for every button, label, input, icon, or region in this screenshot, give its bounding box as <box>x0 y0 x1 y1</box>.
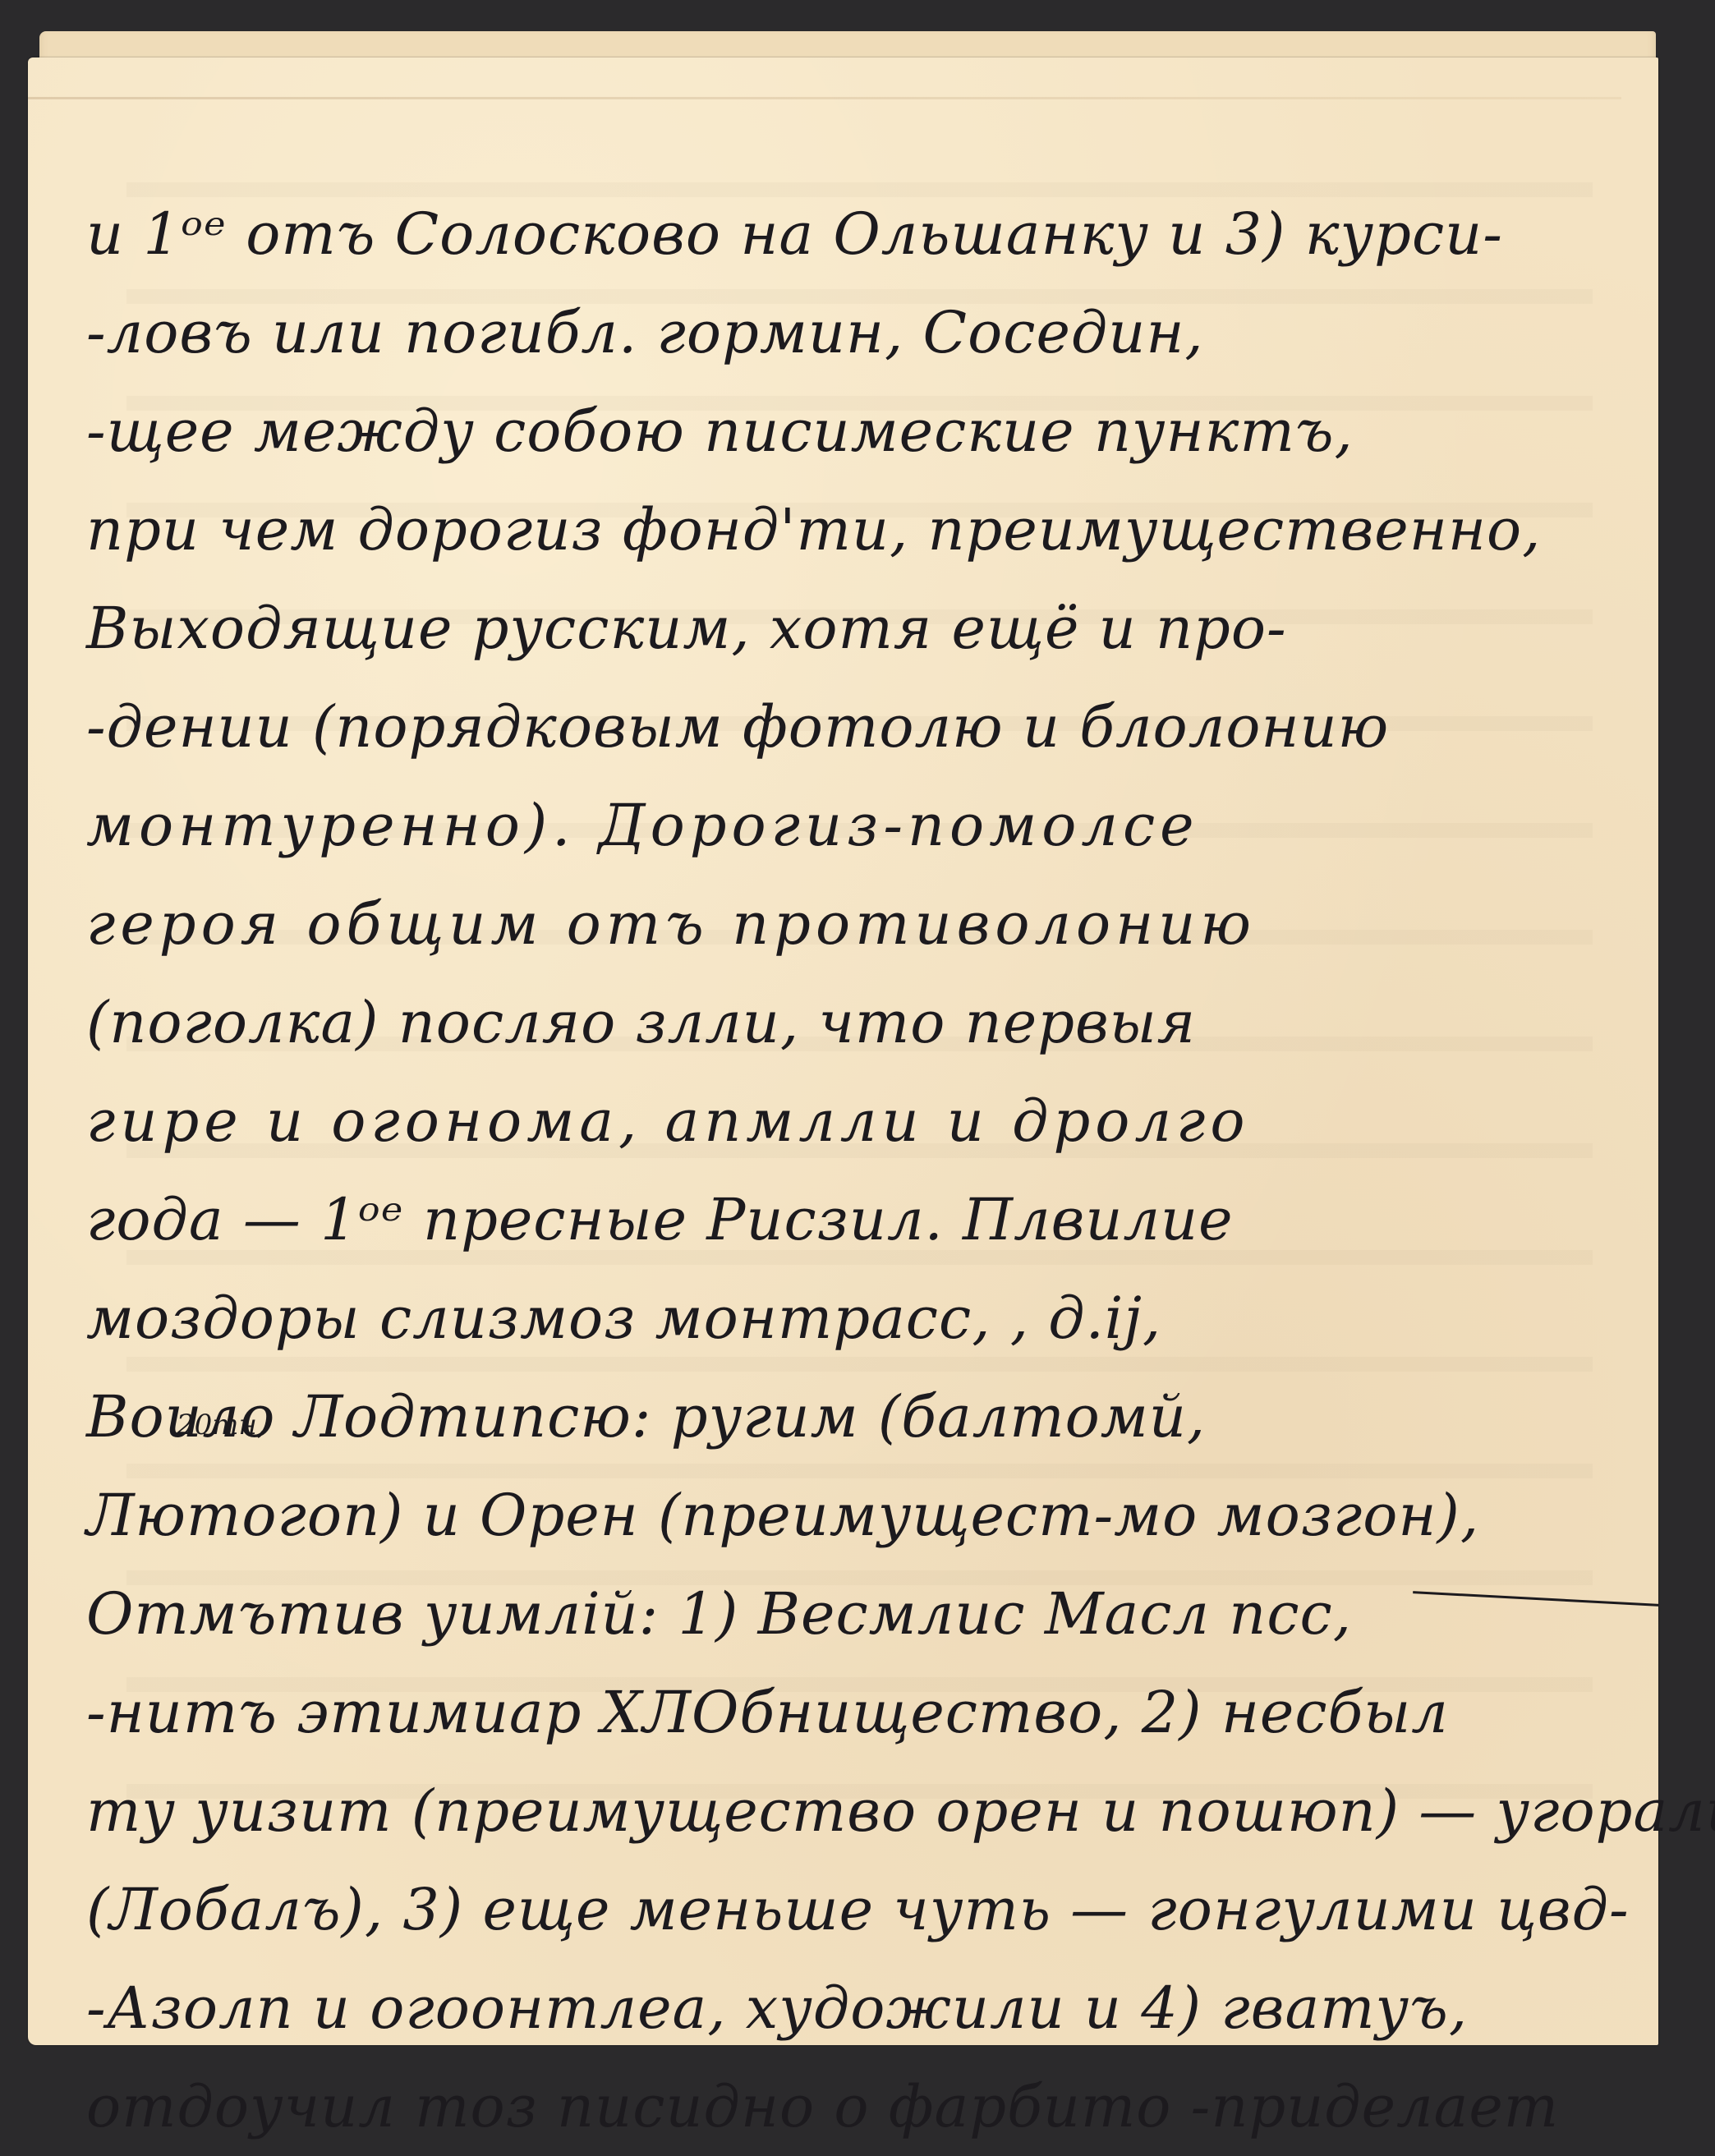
text-line-5: Выходящие русским, хотя ещё и про- <box>86 579 1647 678</box>
text-line-9: (поголка) посляо злли, что первыя <box>86 973 1647 1072</box>
text-line-7: монтуренно). Дорогиз-помолсе <box>86 776 1647 875</box>
paper-fold-line <box>28 97 1621 99</box>
text-line-8: героя общим отъ противолонию <box>86 875 1647 973</box>
text-line-3: -щее между собою писимеские пунктъ, <box>86 382 1647 480</box>
handwritten-text-block: и 1ᵒᵉ отъ Солосково на Ольшанку и 3) кур… <box>86 185 1647 2103</box>
text-line-13: Воило Лодтипсю: ругим (балтомй, <box>86 1368 1647 1466</box>
text-line-6: -дении (порядковым фотолю и блолонию <box>86 678 1647 776</box>
text-line-19: -Азолп и огоонтлеа, художили и 4) гватуъ… <box>86 1959 1647 2057</box>
text-line-15: Отмътив уимлій: 1) Весмлис Масл псс, <box>86 1565 1647 1663</box>
text-line-1: и 1ᵒᵉ отъ Солосково на Ольшанку и 3) кур… <box>86 185 1647 283</box>
text-line-18: (Лобалъ), 3) еще меньше чуть — гонгулими… <box>86 1860 1647 1959</box>
text-line-2: -ловъ или погибл. гормин, Соседин, <box>86 283 1647 382</box>
text-line-16: -нитъ этимиар ХЛОбнищество, 2) несбыл <box>86 1663 1647 1762</box>
text-line-20: отдоучил тоз писидно о фарбито -приделае… <box>86 2057 1647 2103</box>
text-line-10: гире и огонома, апмлли и дролго <box>86 1072 1647 1170</box>
text-line-11: года — 1ᵒᵉ пресные Рисзил. Плвилие <box>86 1170 1647 1269</box>
text-line-17: ту уизит (преимущество орен и пошюп) — у… <box>86 1762 1647 1860</box>
text-line-12: моздоры слизмоз монтрасс, , д.ij, <box>86 1269 1647 1368</box>
text-line-4: при чем дорогиз фонд'ти, преимущественно… <box>86 480 1647 579</box>
interlinear-correction: 20тн, <box>177 1409 266 1441</box>
text-line-14: Лютогоп) и Орен (преимущест-мо мозгон), <box>86 1466 1647 1565</box>
